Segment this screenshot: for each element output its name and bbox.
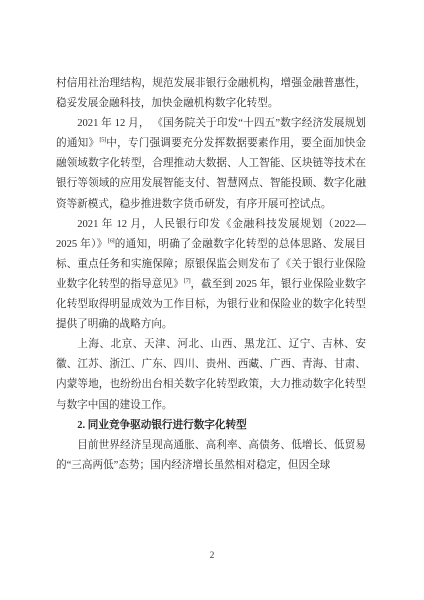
page-number: 2 [210, 551, 215, 561]
paragraph: 上海、北京、天津、河北、山西、黑龙江、辽宁、吉林、安徽、江苏、浙江、广东、四川、… [56, 335, 366, 415]
document-body: 村信用社治理结构，规范发展非银行金融机构，增强金融普惠性，稳妥发展金融科技，加快… [56, 74, 366, 476]
document-page: 村信用社治理结构，规范发展非银行金融机构，增强金融普惠性，稳妥发展金融科技，加快… [0, 0, 424, 600]
citation-marker: [5] [99, 137, 106, 144]
citation-marker: [6] [108, 237, 115, 244]
page-footer: 2 [0, 549, 424, 563]
paragraph: 目前世界经济呈现高通胀、高利率、高债务、低增长、低贸易的“三高两低”态势；国内经… [56, 436, 366, 476]
paragraph: 2021 年 12 月，人民银行印发《金融科技发展规划（2022—2025 年）… [56, 215, 366, 336]
citation-marker: [7] [184, 277, 191, 284]
section-heading: 2. 同业竞争驱动银行进行数字化转型 [56, 416, 366, 436]
paragraph: 村信用社治理结构，规范发展非银行金融机构，增强金融普惠性，稳妥发展金融科技，加快… [56, 74, 366, 114]
paragraph: 2021 年 12 月， 《国务院关于印发“十四五”数字经济发展规划的通知》[5… [56, 114, 366, 214]
